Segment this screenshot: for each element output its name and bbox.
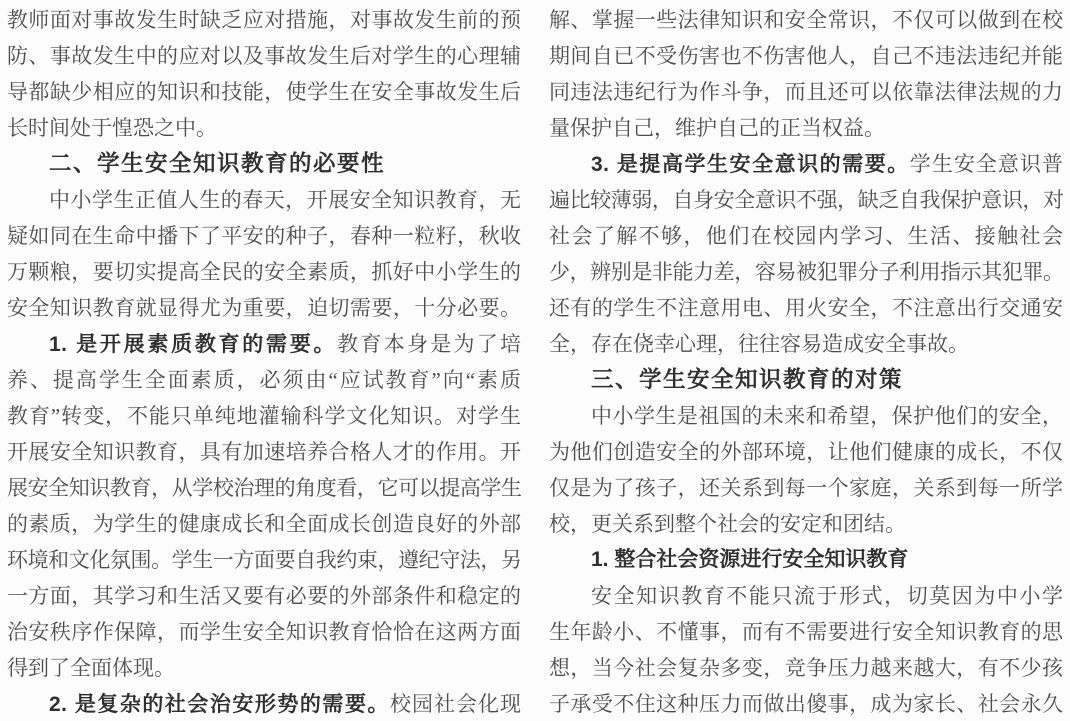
- text-line: 社会了解不够，他们在校园内学习、生活、接触社会: [549, 218, 1063, 254]
- text-line: 中小学生是祖国的未来和希望，保护他们的安全，: [549, 398, 1063, 434]
- paragraph-heading-run: 2. 是复杂的社会治安形势的需要。: [49, 693, 390, 716]
- text-line: 量保护自己，维护自己的正当权益。: [549, 110, 1063, 146]
- text-line: 养、提高学生全面素质，必须由“应试教育”向“素质: [7, 362, 521, 398]
- text-line: 教育”转变，不能只单纯地灌输科学文化知识。对学生: [7, 398, 521, 434]
- text-line: 开展安全知识教育，具有加速培养合格人才的作用。开: [7, 434, 521, 470]
- text-line: 展安全知识教育，从学校治理的角度看，它可以提高学生: [7, 470, 521, 506]
- text-column-right: 解、掌握一些法律知识和安全常识，不仅可以做到在校期间自已不受伤害也不伤害他人，自…: [549, 2, 1063, 721]
- text-line: 校，更关系到整个社会的安定和团结。: [549, 506, 1063, 542]
- text-line: 治安秩序作保障，而学生安全知识教育恰恰在这两方面: [7, 614, 521, 650]
- document-page: 教师面对事故发生时缺乏应对措施，对事故发生前的预防、事故发生中的应对以及事故发生…: [0, 0, 1070, 721]
- text-line: 疑如同在生命中播下了平安的种子，春种一粒籽，秋收: [7, 218, 521, 254]
- text-line: 子承受不住这种压力而做出傻事，成为家长、社会永久: [549, 686, 1063, 721]
- text-line: 一方面，其学习和生活又要有必要的外部条件和稳定的: [7, 578, 521, 614]
- text-line: 安全知识教育不能只流于形式，切莫因为中小学: [549, 578, 1063, 614]
- text-line: 导都缺少相应的知识和技能，使学生在安全事故发生后: [7, 74, 521, 110]
- text-line: 少，辨别是非能力差，容易被犯罪分子利用指示其犯罪。: [549, 254, 1063, 290]
- section-heading: 三、学生安全知识教育的对策: [549, 362, 1063, 398]
- text-line: 生年龄小、不懂事，而有不需要进行安全知识教育的思: [549, 614, 1063, 650]
- paragraph-heading-run: 3. 是提高学生安全意识的需要。: [591, 153, 910, 176]
- text-line: 期间自已不受伤害也不伤害他人，自己不违法违纪并能: [549, 38, 1063, 74]
- text-line: 为他们创造安全的外部环境，让他们健康的成长，不仅: [549, 434, 1063, 470]
- text-line: 3. 是提高学生安全意识的需要。学生安全意识普: [549, 146, 1063, 182]
- text-line: 还有的学生不注意用电、用火安全，不注意出行交通安: [549, 290, 1063, 326]
- text-line: 的素质，为学生的健康成长和全面成长创造良好的外部: [7, 506, 521, 542]
- text-column-left: 教师面对事故发生时缺乏应对措施，对事故发生前的预防、事故发生中的应对以及事故发生…: [7, 2, 521, 721]
- sub-heading: 1. 整合社会资源进行安全知识教育: [549, 542, 1063, 578]
- text-line: 仅是为了孩子，还关系到每一个家庭，关系到每一所学: [549, 470, 1063, 506]
- text-line: 全，存在侥幸心理，往往容易造成安全事故。: [549, 326, 1063, 362]
- text-line: 中小学生正值人生的春天，开展安全知识教育，无: [7, 182, 521, 218]
- text-line: 同违法违纪行为作斗争，而且还可以依靠法律法规的力: [549, 74, 1063, 110]
- text-line: 遍比较薄弱，自身安全意识不强，缺乏自我保护意识，对: [549, 182, 1063, 218]
- text-line: 得到了全面体现。: [7, 650, 521, 686]
- paragraph-heading-run: 1. 是开展素质教育的需要。: [49, 333, 337, 356]
- text-line: 防、事故发生中的应对以及事故发生后对学生的心理辅: [7, 38, 521, 74]
- text-line: 2. 是复杂的社会治安形势的需要。校园社会化现: [7, 686, 521, 721]
- text-line: 万颗粮，要切实提高全民的安全素质，抓好中小学生的: [7, 254, 521, 290]
- text-line: 安全知识教育就显得尤为重要，迫切需要，十分必要。: [7, 290, 521, 326]
- text-line: 想，当今社会复杂多变，竞争压力越来越大，有不少孩: [549, 650, 1063, 686]
- text-line: 长时间处于惶恐之中。: [7, 110, 521, 146]
- text-line: 教师面对事故发生时缺乏应对措施，对事故发生前的预: [7, 2, 521, 38]
- text-line: 解、掌握一些法律知识和安全常识，不仅可以做到在校: [549, 2, 1063, 38]
- section-heading: 二、学生安全知识教育的必要性: [7, 146, 521, 182]
- text-line: 1. 是开展素质教育的需要。教育本身是为了培: [7, 326, 521, 362]
- text-line: 环境和文化氛围。学生一方面要自我约束，遵纪守法，另: [7, 542, 521, 578]
